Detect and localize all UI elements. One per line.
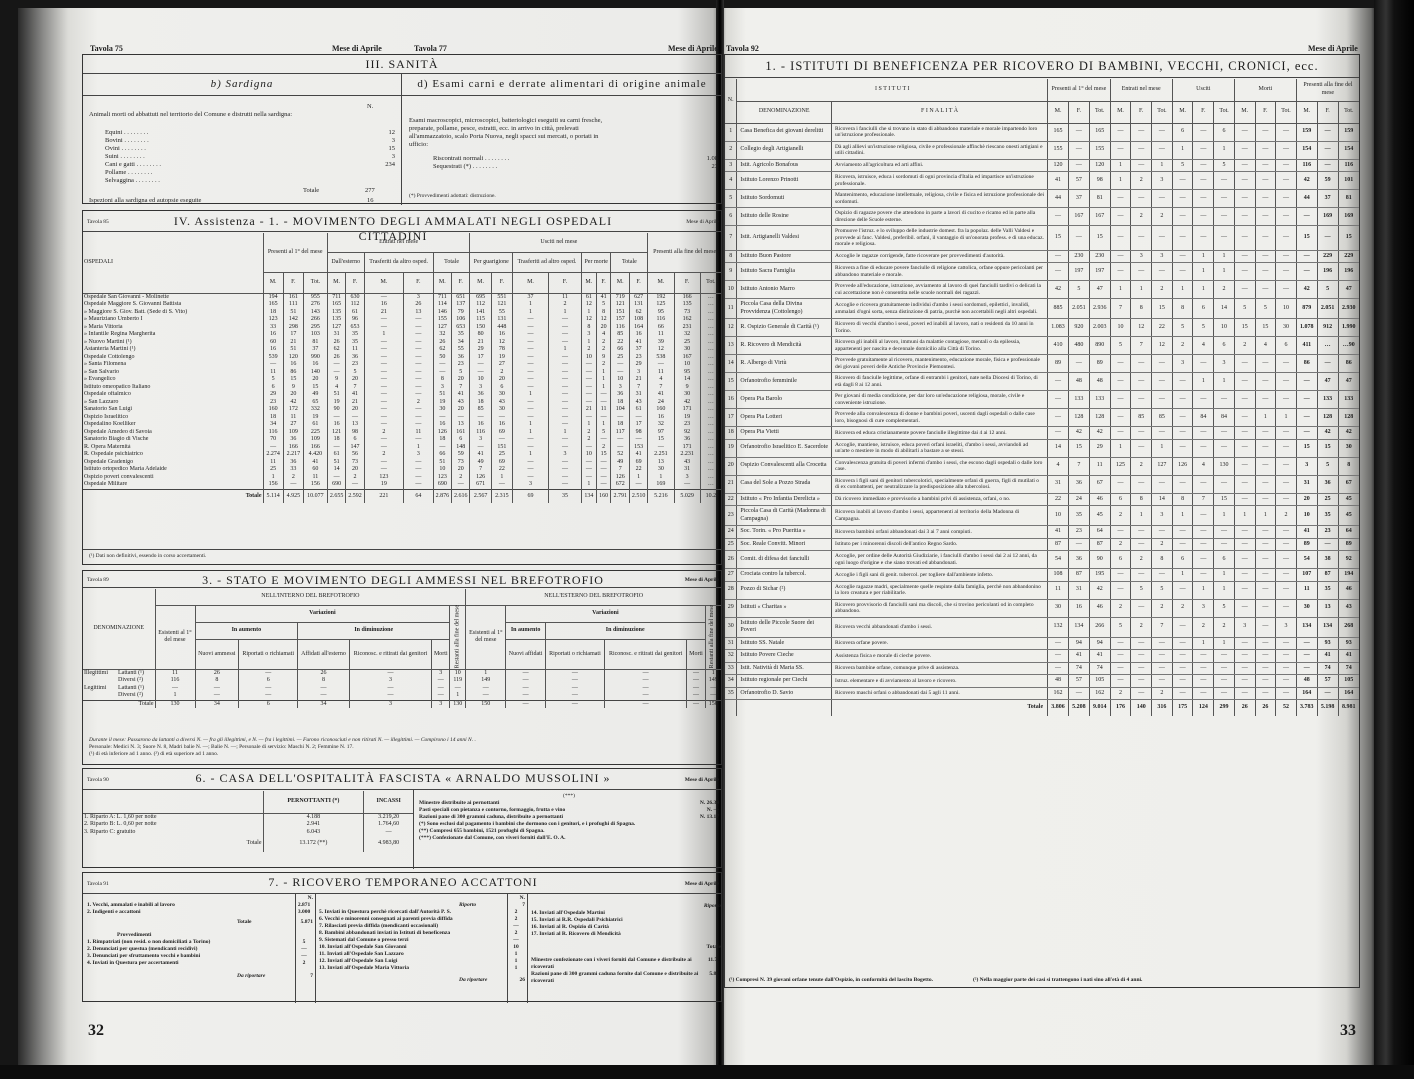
cell: 3 [1131, 250, 1152, 263]
table-row: » Evangelico51520920——8201020———11021414… [83, 376, 721, 384]
cell: 17 [470, 354, 491, 362]
list-item: Selvaggina [105, 177, 395, 185]
cell: 4 [1193, 337, 1214, 355]
cell: 18 [611, 399, 629, 407]
cell: — [1255, 526, 1276, 539]
page-number: 33 [1340, 1022, 1356, 1040]
cell: 3 [549, 451, 582, 459]
cell: 11 [1089, 457, 1110, 475]
cell: 51 [433, 391, 451, 399]
cell: 49 [303, 391, 327, 399]
institute-name: Istit. Agricolo Bonafous [737, 159, 832, 172]
total-cell: 2.876 [433, 489, 451, 503]
cell: — [470, 369, 491, 377]
total-cell: 3 [349, 700, 432, 708]
cell: 16 [263, 331, 283, 339]
cell: 135 [327, 316, 345, 324]
cell: 3 [674, 474, 700, 482]
cell: 1 [1214, 250, 1235, 263]
cell: 135 [674, 301, 700, 309]
cell: — [364, 324, 403, 332]
cell: — [1131, 599, 1152, 617]
cell: — [1193, 506, 1214, 526]
cell: 56 [346, 451, 364, 459]
total-cell: 140 [1131, 700, 1152, 716]
cell: — [1172, 662, 1193, 675]
cell: 61 [327, 451, 345, 459]
cell: 2 [581, 346, 596, 354]
cell: — [506, 692, 546, 700]
list-item: Razioni pane di 300 grammi caduna fornit… [531, 971, 721, 985]
cell: — [1048, 637, 1069, 650]
cell: 1 [1255, 506, 1276, 526]
row-number: 4 [725, 172, 737, 190]
table-row: Ospedale Amedeo di Savoia116109225121982… [83, 429, 721, 437]
cell: 121 [327, 429, 345, 437]
cell: 15 [648, 436, 674, 444]
month-label: Mese di Aprile [685, 577, 719, 584]
cell: 37 [629, 346, 647, 354]
cell: 1 [648, 474, 674, 482]
cell: — [1152, 662, 1173, 675]
cell: 7 [470, 466, 491, 474]
col-sub: M. [581, 273, 596, 293]
table-row: 24Soc. Torin. « Pro Pueritia »Ricovera b… [725, 526, 1359, 539]
institute-purpose: Accoglie le ragazze corrigende, fatte ri… [832, 250, 1048, 263]
cell: — [1152, 526, 1173, 539]
cell: — [1048, 373, 1069, 391]
institute-name: Istituto Povere Cieche [737, 650, 832, 663]
cell: — [298, 692, 350, 700]
cell: 164 [1338, 687, 1359, 700]
col-restanti: Restanti alla fine del mese [705, 605, 721, 669]
cell: … [700, 293, 721, 301]
list-item: Minestre confezionate con i viveri forni… [531, 957, 721, 971]
cell: 1 [581, 309, 596, 317]
cell: 169 [1317, 208, 1338, 226]
cell: 332 [303, 406, 327, 414]
cell: — [1193, 662, 1214, 675]
cell: — [1276, 650, 1297, 663]
col-trasferiti-da: Trasferiti da altro osped. [364, 252, 433, 272]
col-sub: F. [1255, 101, 1276, 123]
cell: — [549, 436, 582, 444]
cell: 116 [263, 429, 283, 437]
cell: 26 [327, 354, 345, 362]
cell: 8 [195, 677, 239, 685]
cell: — [1131, 526, 1152, 539]
cell: 879 [1296, 299, 1317, 319]
cell: 7 [1068, 457, 1089, 475]
cell: 27 [491, 361, 512, 369]
cell: 45 [1338, 493, 1359, 506]
cell: — [364, 399, 403, 407]
hospital-name: Ospedale Amedeo di Savoia [83, 429, 263, 437]
cell: 2 [1276, 506, 1297, 526]
cell: — [596, 474, 611, 482]
cell: 121 [611, 301, 629, 309]
cell: 5 [1110, 337, 1131, 355]
table-row: Istituto omeopatico Italiano691547——3736… [83, 384, 721, 392]
cell: — [1193, 141, 1214, 159]
cell: 10 [1048, 506, 1069, 526]
cell: 41 [1068, 650, 1089, 663]
cell: — [1193, 226, 1214, 251]
cell: — [364, 316, 403, 324]
accattoni-section: Tavola 91 7. - RICOVERO TEMPORANEO ACCAT… [82, 872, 722, 1002]
cell: 160 [263, 406, 283, 414]
cell: 127 [1152, 457, 1173, 475]
institute-name: Opera Pia Vietti [737, 427, 832, 440]
row-number: 29 [725, 599, 737, 617]
cell: 55 [452, 346, 470, 354]
cell: 1 [1193, 373, 1214, 391]
cell: 25 [674, 339, 700, 347]
institute-purpose: Accoglie e ricovera gratuitamente indivi… [832, 299, 1048, 319]
cell: 87 [1068, 569, 1089, 582]
da-riportare-label: Da riportare [459, 977, 487, 984]
cell: 106 [452, 316, 470, 324]
sanita-section: III. SANITÀ b) Sardigna d) Esami carni e… [82, 54, 722, 204]
cell: 6 [263, 384, 283, 392]
esami-intro: Esami macroscopici, microscopici, batter… [409, 117, 619, 149]
list-item: 4. Inviati in Questura per accertamenti2 [87, 960, 313, 967]
col-sub: F. [596, 273, 611, 293]
cell: 1 [1193, 581, 1214, 599]
total-cell: 175 [1172, 700, 1193, 716]
cell: 3 [629, 369, 647, 377]
cell: — [549, 406, 582, 414]
cell: 167 [1068, 208, 1089, 226]
list-item: 12. Inviati all'Ospedale San Luigi1 [319, 958, 525, 965]
cell: — [1152, 427, 1173, 440]
total-cell: 5.198 [1317, 700, 1338, 716]
cell: 20 [1296, 493, 1317, 506]
cell: 885 [1048, 299, 1069, 319]
cell: 137 [452, 301, 470, 309]
institute-name: Istituto Antonio Marro [737, 281, 832, 299]
cell: 2 [491, 369, 512, 377]
cell: 12 [648, 346, 674, 354]
cell: 10 [450, 669, 466, 677]
cell: 20 [346, 376, 364, 384]
cell: 11 [263, 369, 283, 377]
cell: — [1276, 263, 1297, 281]
cell: 15 [1152, 299, 1173, 319]
cell: — [1110, 355, 1131, 373]
page-number: 32 [88, 1022, 104, 1040]
cell: 3 [513, 481, 549, 489]
cell: — [1234, 581, 1255, 599]
cell: 43 [629, 399, 647, 407]
cell: — [364, 384, 403, 392]
item-label: Razioni pane di 300 grammi caduna, distr… [419, 814, 563, 821]
row-number: 21 [725, 475, 737, 493]
cell: — [545, 685, 604, 693]
table-row: 20Ospizio Convalescenti alla CrocettaCon… [725, 457, 1359, 475]
cell: 538 [648, 354, 674, 362]
cell: — [364, 361, 403, 369]
row-number: 28 [725, 581, 737, 599]
table-row: » San Salvario1186140—5———5—2———1—31195… [83, 369, 721, 377]
cell: 108 [629, 316, 647, 324]
cell: — [513, 436, 549, 444]
total-cell: 35 [549, 489, 582, 503]
cell: … [700, 399, 721, 407]
group-label: Legittimi [84, 685, 118, 693]
cell: 41 [1317, 650, 1338, 663]
cell: 46 [1089, 493, 1110, 506]
col-sub: F. [346, 273, 364, 293]
institute-purpose: Provvede alla convalescenza di donne e b… [832, 409, 1048, 427]
cell: 21 [364, 309, 403, 317]
cell: 6 [1193, 299, 1214, 319]
cell: … [700, 301, 721, 309]
cell: — [513, 466, 549, 474]
cell: 2.051 [1317, 299, 1338, 319]
total-cell: 299 [1214, 700, 1235, 716]
total-pernottanti: 13.172 (**) [263, 836, 364, 852]
cell: — [364, 459, 403, 467]
sub-label: Lattanti (¹) [118, 685, 144, 691]
col-sub: F. [1317, 101, 1338, 123]
cell: 26 [195, 669, 239, 677]
cell: — [1152, 141, 1173, 159]
institute-purpose: Per giovani di media condizione, per dar… [832, 391, 1048, 409]
table-row: Ospizio Israelitico181119——————————————1… [83, 414, 721, 422]
institute-name: Istit. Artigianelli Valdesi [737, 226, 832, 251]
cell: — [1234, 281, 1255, 299]
list-item: 17. Inviati al R. Ricovero di Mendicità [531, 931, 721, 938]
cell: — [470, 444, 491, 452]
cell: 1 [1172, 569, 1193, 582]
cell: 50 [433, 354, 451, 362]
cell: 44 [1048, 190, 1069, 208]
table-row: 21Casa del Sole a Pozzo StradaRicovera i… [725, 475, 1359, 493]
total-cell: 2.567 [470, 489, 491, 503]
cell: 5 [1214, 599, 1235, 617]
cell: 123 [263, 316, 283, 324]
cell: 1 [1276, 409, 1297, 427]
cell: 30 [1276, 319, 1297, 337]
cell: — [1193, 123, 1214, 141]
col-presenti-inizio: Presenti al 1° del mese [263, 233, 327, 273]
cell: … [700, 376, 721, 384]
cell: 2 [596, 346, 611, 354]
cell: 104 [611, 406, 629, 414]
cell: 10 [674, 361, 700, 369]
cell: — [513, 361, 549, 369]
total-cell: 9.014 [1089, 700, 1110, 716]
cell: — [1110, 391, 1131, 409]
cell: 695 [470, 293, 491, 301]
cell: 42 [674, 399, 700, 407]
cell: 34 [263, 421, 283, 429]
cell: — [1110, 475, 1131, 493]
cell: 59 [1317, 172, 1338, 190]
cell: 33 [283, 466, 303, 474]
cell: 15 [596, 451, 611, 459]
institute-name: Istituto delle Piccole Suore dei Poveri [737, 617, 832, 637]
item-value: 2 [507, 909, 525, 916]
item-label: Sequestrati (*) [433, 163, 497, 171]
cell: 81 [303, 339, 327, 347]
cell: — [648, 361, 674, 369]
cell: 149 [466, 677, 506, 685]
cell: — [1110, 427, 1131, 440]
total-cell: 10.077 [303, 489, 327, 503]
table-row: Astanteria Martini (¹)1651376211——625529… [83, 346, 721, 354]
cell: — [1131, 439, 1152, 457]
cell: — [1131, 355, 1152, 373]
cell: — [1296, 427, 1317, 440]
da-riportare-value: 26 [520, 977, 526, 984]
cell: — [1152, 569, 1173, 582]
cell: 11 [648, 369, 674, 377]
cell: 126 [433, 429, 451, 437]
row-number: 14 [725, 355, 737, 373]
institute-purpose: Istruz. elementare e di avviamento al la… [832, 675, 1048, 688]
institute-purpose: Ricovera inabili al lavoro d'ambo i sess… [832, 506, 1048, 526]
col-sub: F. [491, 273, 512, 293]
istituti-section: 1. - ISTITUTI DI BENEFICENZA PER RICOVER… [724, 54, 1360, 988]
cell: 7 [611, 466, 629, 474]
cell: — [596, 414, 611, 422]
cell: 42 [1338, 427, 1359, 440]
cell: — [1172, 675, 1193, 688]
cell: 2 [581, 429, 596, 437]
cell: — [1234, 457, 1255, 475]
item-label: 10. Inviati all'Ospedale San Giovanni [319, 944, 407, 951]
institute-name: Soc. Reale Convitt. Minori [737, 538, 832, 551]
cell: 135 [327, 309, 345, 317]
item-label: 7. Rilasciati previa diffida (mendicanti… [319, 923, 438, 930]
cell: 156 [263, 481, 283, 489]
cell: 192 [648, 293, 674, 301]
total-cell: 4.925 [283, 489, 303, 503]
institute-name: Istituto Sordomuti [737, 190, 832, 208]
cell: 1 [1172, 281, 1193, 299]
cell: 8 [1131, 493, 1152, 506]
col-sub: Tot. [1276, 101, 1297, 123]
table-row: Ospedale oftalmico2920495141——514136301—… [83, 391, 721, 399]
col-sub: F. [549, 273, 582, 293]
cell: — [1234, 493, 1255, 506]
cell: 276 [303, 301, 327, 309]
cell: 2 [283, 474, 303, 482]
hospital-name: Ospizio poveri convalescenti [83, 474, 263, 482]
cell: 134 [1068, 617, 1089, 637]
total-value: 277 [365, 187, 375, 195]
hospital-name: Ospizio Israelitico [83, 414, 263, 422]
cell: 74 [1089, 662, 1110, 675]
table-row: 26Comit. di difesa dei fanciulliAccoglie… [725, 551, 1359, 569]
cell: 35 [1068, 506, 1089, 526]
cell: 2 [1131, 551, 1152, 569]
row-number: 8 [725, 250, 737, 263]
cell: 22 [629, 466, 647, 474]
col-sub: Tot. [1089, 101, 1110, 123]
cell: 66 [611, 346, 629, 354]
cell: — [1193, 427, 1214, 440]
cell: — [1276, 675, 1297, 688]
cell: 2 [404, 399, 434, 407]
cell: — [1276, 373, 1297, 391]
col-sub: M. [470, 273, 491, 293]
hospital-name: » Mauriziano Umberto I [83, 316, 263, 324]
cell: — [1276, 208, 1297, 226]
cell: 225 [303, 429, 327, 437]
table-row: 7Istit. Artigianelli ValdesiPromuove l'i… [725, 226, 1359, 251]
table-row: IllegittimiLattanti (¹)1126—26—3101————1 [83, 669, 721, 677]
cell: — [1255, 159, 1276, 172]
cell: 9 [596, 354, 611, 362]
cell: — [346, 414, 364, 422]
table-row: R. Ospedale psichiatrico2.2742.2174.4206… [83, 451, 721, 459]
cell: … [700, 474, 721, 482]
institute-purpose: Ricovera bambine orfane, comunque prive … [832, 662, 1048, 675]
row-number: 22 [725, 493, 737, 506]
cell: 30 [1048, 599, 1069, 617]
col-restanti: Restanti alla fine del mese [450, 605, 466, 669]
col-sub: M. [1048, 101, 1069, 123]
cell: 29 [1089, 439, 1110, 457]
cell: — [549, 331, 582, 339]
cell: — [298, 685, 350, 693]
total-cell: 69 [513, 489, 549, 503]
list-item: Pollame [105, 169, 395, 177]
cell: 31 [629, 391, 647, 399]
item-value: 3 [375, 137, 395, 145]
cell: — [404, 481, 434, 489]
cell: — [364, 421, 403, 429]
cell: 1.990 [1338, 319, 1359, 337]
note: (¹) Compresi N. 39 giovani orfane tenute… [729, 977, 933, 984]
cell: — [433, 369, 451, 377]
cell: — [1255, 263, 1276, 281]
cell: 25 [1317, 493, 1338, 506]
cell: 149 [705, 677, 721, 685]
cell: — [1214, 662, 1235, 675]
cell: — [1296, 650, 1317, 663]
cell: — [611, 444, 629, 452]
cell: 22 [611, 339, 629, 347]
col-variazione: Morti [432, 639, 450, 669]
cell: 5 [1317, 457, 1338, 475]
cell: 140 [303, 369, 327, 377]
cell: — [1255, 551, 1276, 569]
cell: 196 [1317, 263, 1338, 281]
cell: — [513, 346, 549, 354]
cell: 32 [674, 331, 700, 339]
cell: 2 [1152, 687, 1173, 700]
cell: 3 [1172, 355, 1193, 373]
cell: 116 [1338, 159, 1359, 172]
cell: — [1068, 226, 1089, 251]
cell: — [1255, 581, 1276, 599]
cell: — [513, 316, 549, 324]
col-dall-esterno: Dall'esterno [327, 252, 364, 272]
item-label: Pollame [105, 169, 152, 177]
cell: 87 [1048, 538, 1069, 551]
item-label: 9. Sistemati dal Comune o presso terzi [319, 937, 409, 944]
cell: — [629, 481, 647, 489]
cell: — [596, 466, 611, 474]
cell: — [1255, 141, 1276, 159]
cell: — [327, 369, 345, 377]
cell: — [1255, 250, 1276, 263]
cell: — [1172, 637, 1193, 650]
